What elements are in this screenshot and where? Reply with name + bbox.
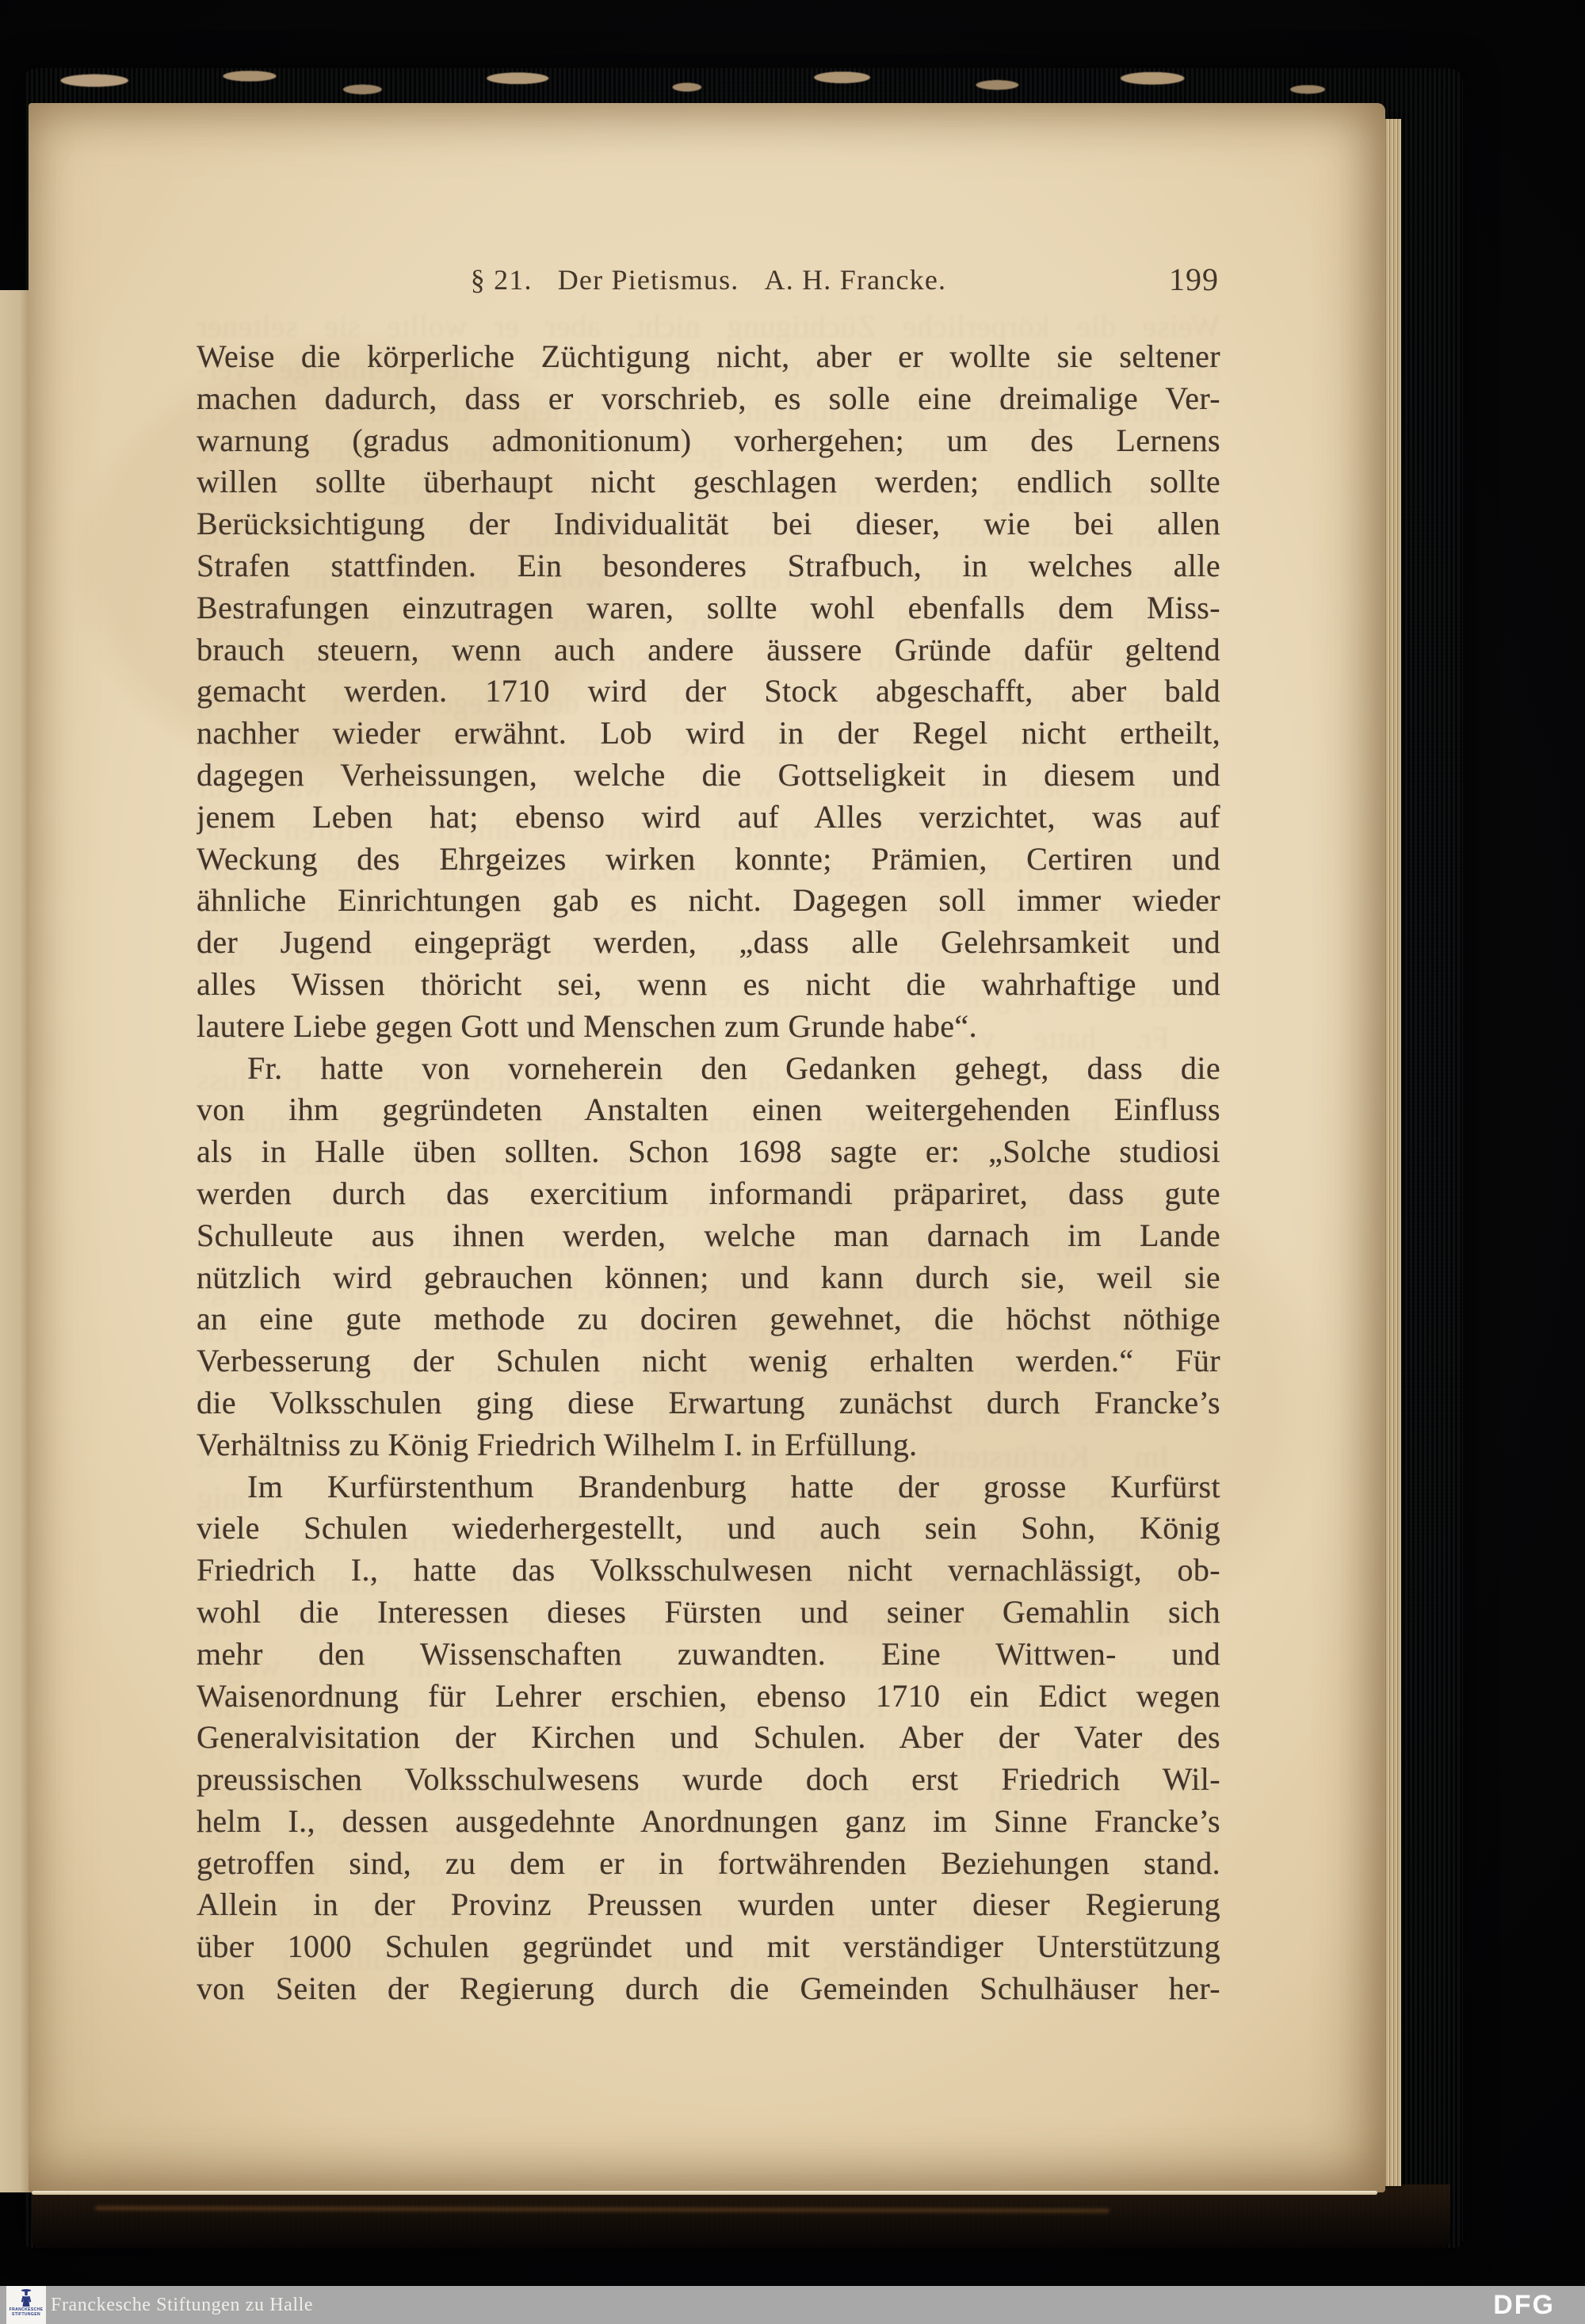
text-line: wohl die Interessen dieses Fürsten und s… — [197, 1592, 1220, 1634]
text-line: helm I., dessen ausgedehnte Anordnungen … — [197, 1801, 1220, 1843]
text-line: die Volksschulen ging diese Erwartung zu… — [197, 1382, 1220, 1424]
text-line: Im Kurfürstenthum Brandenburg hatte der … — [197, 1466, 1220, 1508]
text-line: über 1000 Schulen gegründet und mit vers… — [197, 1926, 1220, 1968]
institution-logo: FRANCKESCHE STIFTUNGEN — [6, 2286, 46, 2324]
text-line: alles Wissen thöricht sei, wenn es nicht… — [197, 964, 1220, 1006]
text-line: von ihm gegründeten Anstalten einen weit… — [197, 1089, 1220, 1131]
footer-bar: FRANCKESCHE STIFTUNGEN Franckesche Stift… — [0, 2286, 1585, 2324]
text-line: als in Halle üben sollten. Schon 1698 sa… — [197, 1131, 1220, 1173]
text-line: warnung (gradus admonitionum) vorhergehe… — [197, 420, 1220, 462]
francke-figure-icon — [18, 2288, 34, 2307]
body-text: Weise die körperliche Züchtigung nicht, … — [197, 336, 1220, 2010]
text-line: jenem Leben hat; ebenso wird auf Alles v… — [197, 797, 1220, 839]
text-line: Friedrich I., hatte das Volksschulwesen … — [197, 1550, 1220, 1592]
text-line: Generalvisitation der Kirchen und Schule… — [197, 1717, 1220, 1759]
text-line: der Jugend eingeprägt werden, „dass alle… — [197, 922, 1220, 964]
text-line: willen sollte überhaupt nicht geschlagen… — [197, 461, 1220, 503]
page-number: 199 — [1169, 262, 1219, 298]
text-line: brauch steuern, wenn auch andere äussere… — [197, 629, 1220, 671]
text-line: viele Schulen wiederhergestellt, und auc… — [197, 1508, 1220, 1550]
institution-name: Franckesche Stiftungen zu Halle — [51, 2286, 313, 2324]
text-line: Bestrafungen einzutragen waren, sollte w… — [197, 587, 1220, 629]
dfg-logo: DFG — [1493, 2289, 1555, 2321]
text-line: an eine gute methode zu dociren gewehnet… — [197, 1298, 1220, 1340]
text-line: gemacht werden. 1710 wird der Stock abge… — [197, 671, 1220, 713]
section-number: § 21. — [471, 262, 533, 298]
text-line: getroffen sind, zu dem er in fortwährend… — [197, 1843, 1220, 1885]
scan-viewport: Weise die körperliche Züchtigung nicht, … — [0, 0, 1585, 2324]
text-line: werden durch das exercitium informandi p… — [197, 1173, 1220, 1215]
text-line: machen dadurch, dass er vorschrieb, es s… — [197, 378, 1220, 420]
chapter-author: A. H. Francke. — [765, 262, 947, 298]
text-line: ähnliche Einrichtungen gab es nicht. Dag… — [197, 880, 1220, 922]
text-line: Schulleute aus ihnen werden, welche man … — [197, 1215, 1220, 1257]
book-page: Weise die körperliche Züchtigung nicht, … — [29, 103, 1385, 2192]
text-line: Weise die körperliche Züchtigung nicht, … — [197, 336, 1220, 378]
text-line: Strafen stattfinden. Ein besonderes Stra… — [197, 545, 1220, 587]
text-line: lautere Liebe gegen Gott und Menschen zu… — [197, 1006, 1220, 1048]
text-line: mehr den Wissenschaften zuwandten. Eine … — [197, 1634, 1220, 1676]
chapter-title: Der Pietismus. — [558, 262, 739, 298]
text-line: dagegen Verheissungen, welche die Gottse… — [197, 755, 1220, 797]
text-line: Fr. hatte von vorneherein den Gedanken g… — [197, 1048, 1220, 1090]
running-header-title: § 21. Der Pietismus. A. H. Francke. — [197, 262, 1220, 298]
page-content: § 21. Der Pietismus. A. H. Francke. 199 … — [197, 262, 1220, 2010]
text-line: Verbesserung der Schulen nicht wenig erh… — [197, 1340, 1220, 1382]
text-line: von Seiten der Regierung durch die Gemei… — [197, 1968, 1220, 2010]
text-line: nachher wieder erwähnt. Lob wird in der … — [197, 713, 1220, 755]
text-line: Berücksichtigung der Individualität bei … — [197, 503, 1220, 545]
text-line: Verhältniss zu König Friedrich Wilhelm I… — [197, 1424, 1220, 1466]
text-line: nützlich wird gebrauchen können; und kan… — [197, 1257, 1220, 1299]
text-line: Allein in der Provinz Preussen wurden un… — [197, 1884, 1220, 1926]
logo-text-line2: STIFTUNGEN — [12, 2312, 40, 2317]
running-header: § 21. Der Pietismus. A. H. Francke. 199 — [197, 262, 1220, 298]
text-line: Waisenordnung für Lehrer erschien, ebens… — [197, 1676, 1220, 1718]
text-line: preussischen Volksschulwesens wurde doch… — [197, 1759, 1220, 1801]
text-line: Weckung des Ehrgeizes wirken konnte; Prä… — [197, 839, 1220, 881]
